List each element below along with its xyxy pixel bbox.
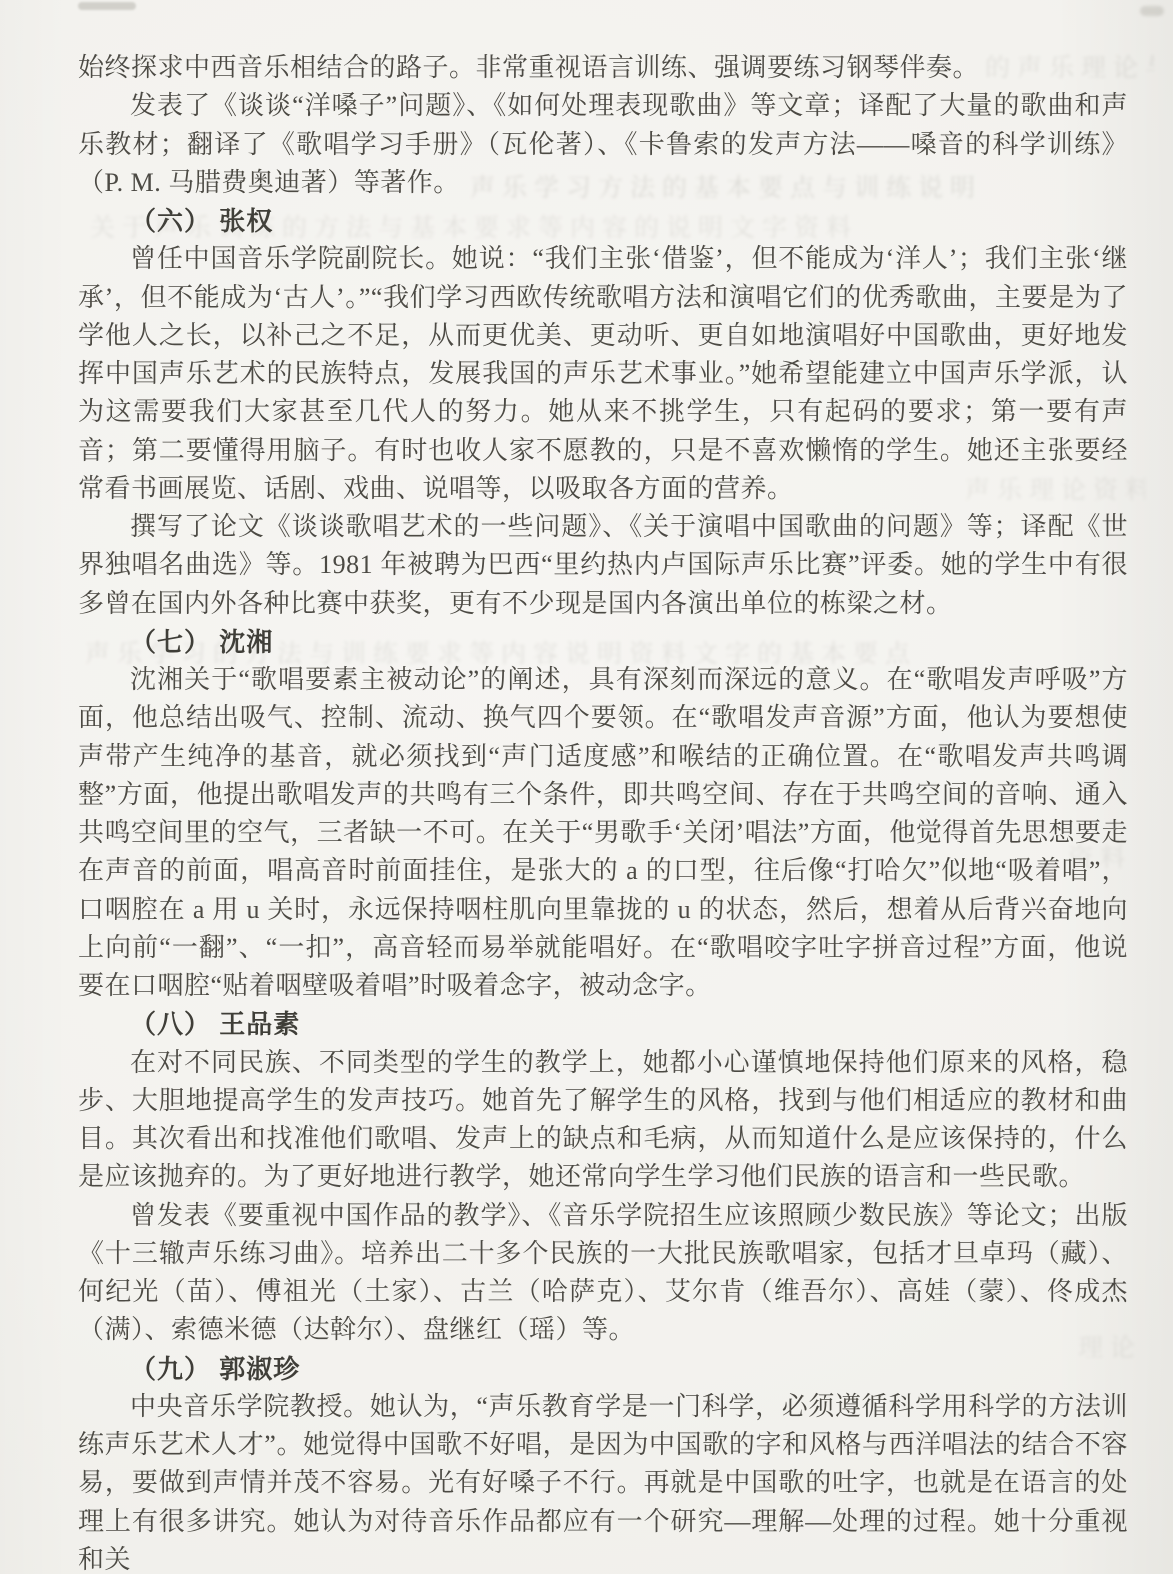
document-text-block: 始终探求中西音乐相结合的路子。非常重视语言训练、强调要练习钢琴伴奏。发表了《谈谈… bbox=[78, 49, 1128, 1574]
section-heading: （六） 张权 bbox=[78, 202, 1128, 240]
scanned-document-page: 始终探求中西音乐相结合的路子。非常重视语言训练、强调要练习钢琴伴奏。发表了《谈谈… bbox=[0, 0, 1173, 1574]
body-paragraph: 发表了《谈谈“洋嗓子”问题》、《如何处理表现歌曲》等文章；译配了大量的歌曲和声乐… bbox=[78, 87, 1128, 202]
section-heading: （九） 郭淑珍 bbox=[78, 1350, 1128, 1388]
section-heading: （七） 沈湘 bbox=[78, 623, 1128, 661]
body-paragraph: 中央音乐学院教授。她认为，“声乐教育学是一门科学，必须遵循科学用科学的方法训练声… bbox=[78, 1388, 1128, 1574]
body-paragraph: 曾任中国音乐学院副院长。她说：“我们主张‘借鉴’，但不能成为‘洋人’；我们主张‘… bbox=[78, 240, 1128, 508]
body-paragraph: 始终探求中西音乐相结合的路子。非常重视语言训练、强调要练习钢琴伴奏。 bbox=[78, 49, 1128, 87]
scan-smudge bbox=[1140, 6, 1164, 16]
body-paragraph: 沈湘关于“歌唱要素主被动论”的阐述，具有深刻而深远的意义。在“歌唱发声呼吸”方面… bbox=[78, 661, 1128, 1005]
body-paragraph: 在对不同民族、不同类型的学生的教学上，她都小心谨慎地保持他们原来的风格，稳步、大… bbox=[78, 1044, 1128, 1197]
body-paragraph: 曾发表《要重视中国作品的教学》、《音乐学院招生应该照顾少数民族》等论文；出版《十… bbox=[78, 1197, 1128, 1350]
body-paragraph: 撰写了论文《谈谈歌唱艺术的一些问题》、《关于演唱中国歌曲的问题》等；译配《世界独… bbox=[78, 508, 1128, 623]
scan-smudge bbox=[78, 2, 136, 10]
section-heading: （八） 王品素 bbox=[78, 1005, 1128, 1043]
